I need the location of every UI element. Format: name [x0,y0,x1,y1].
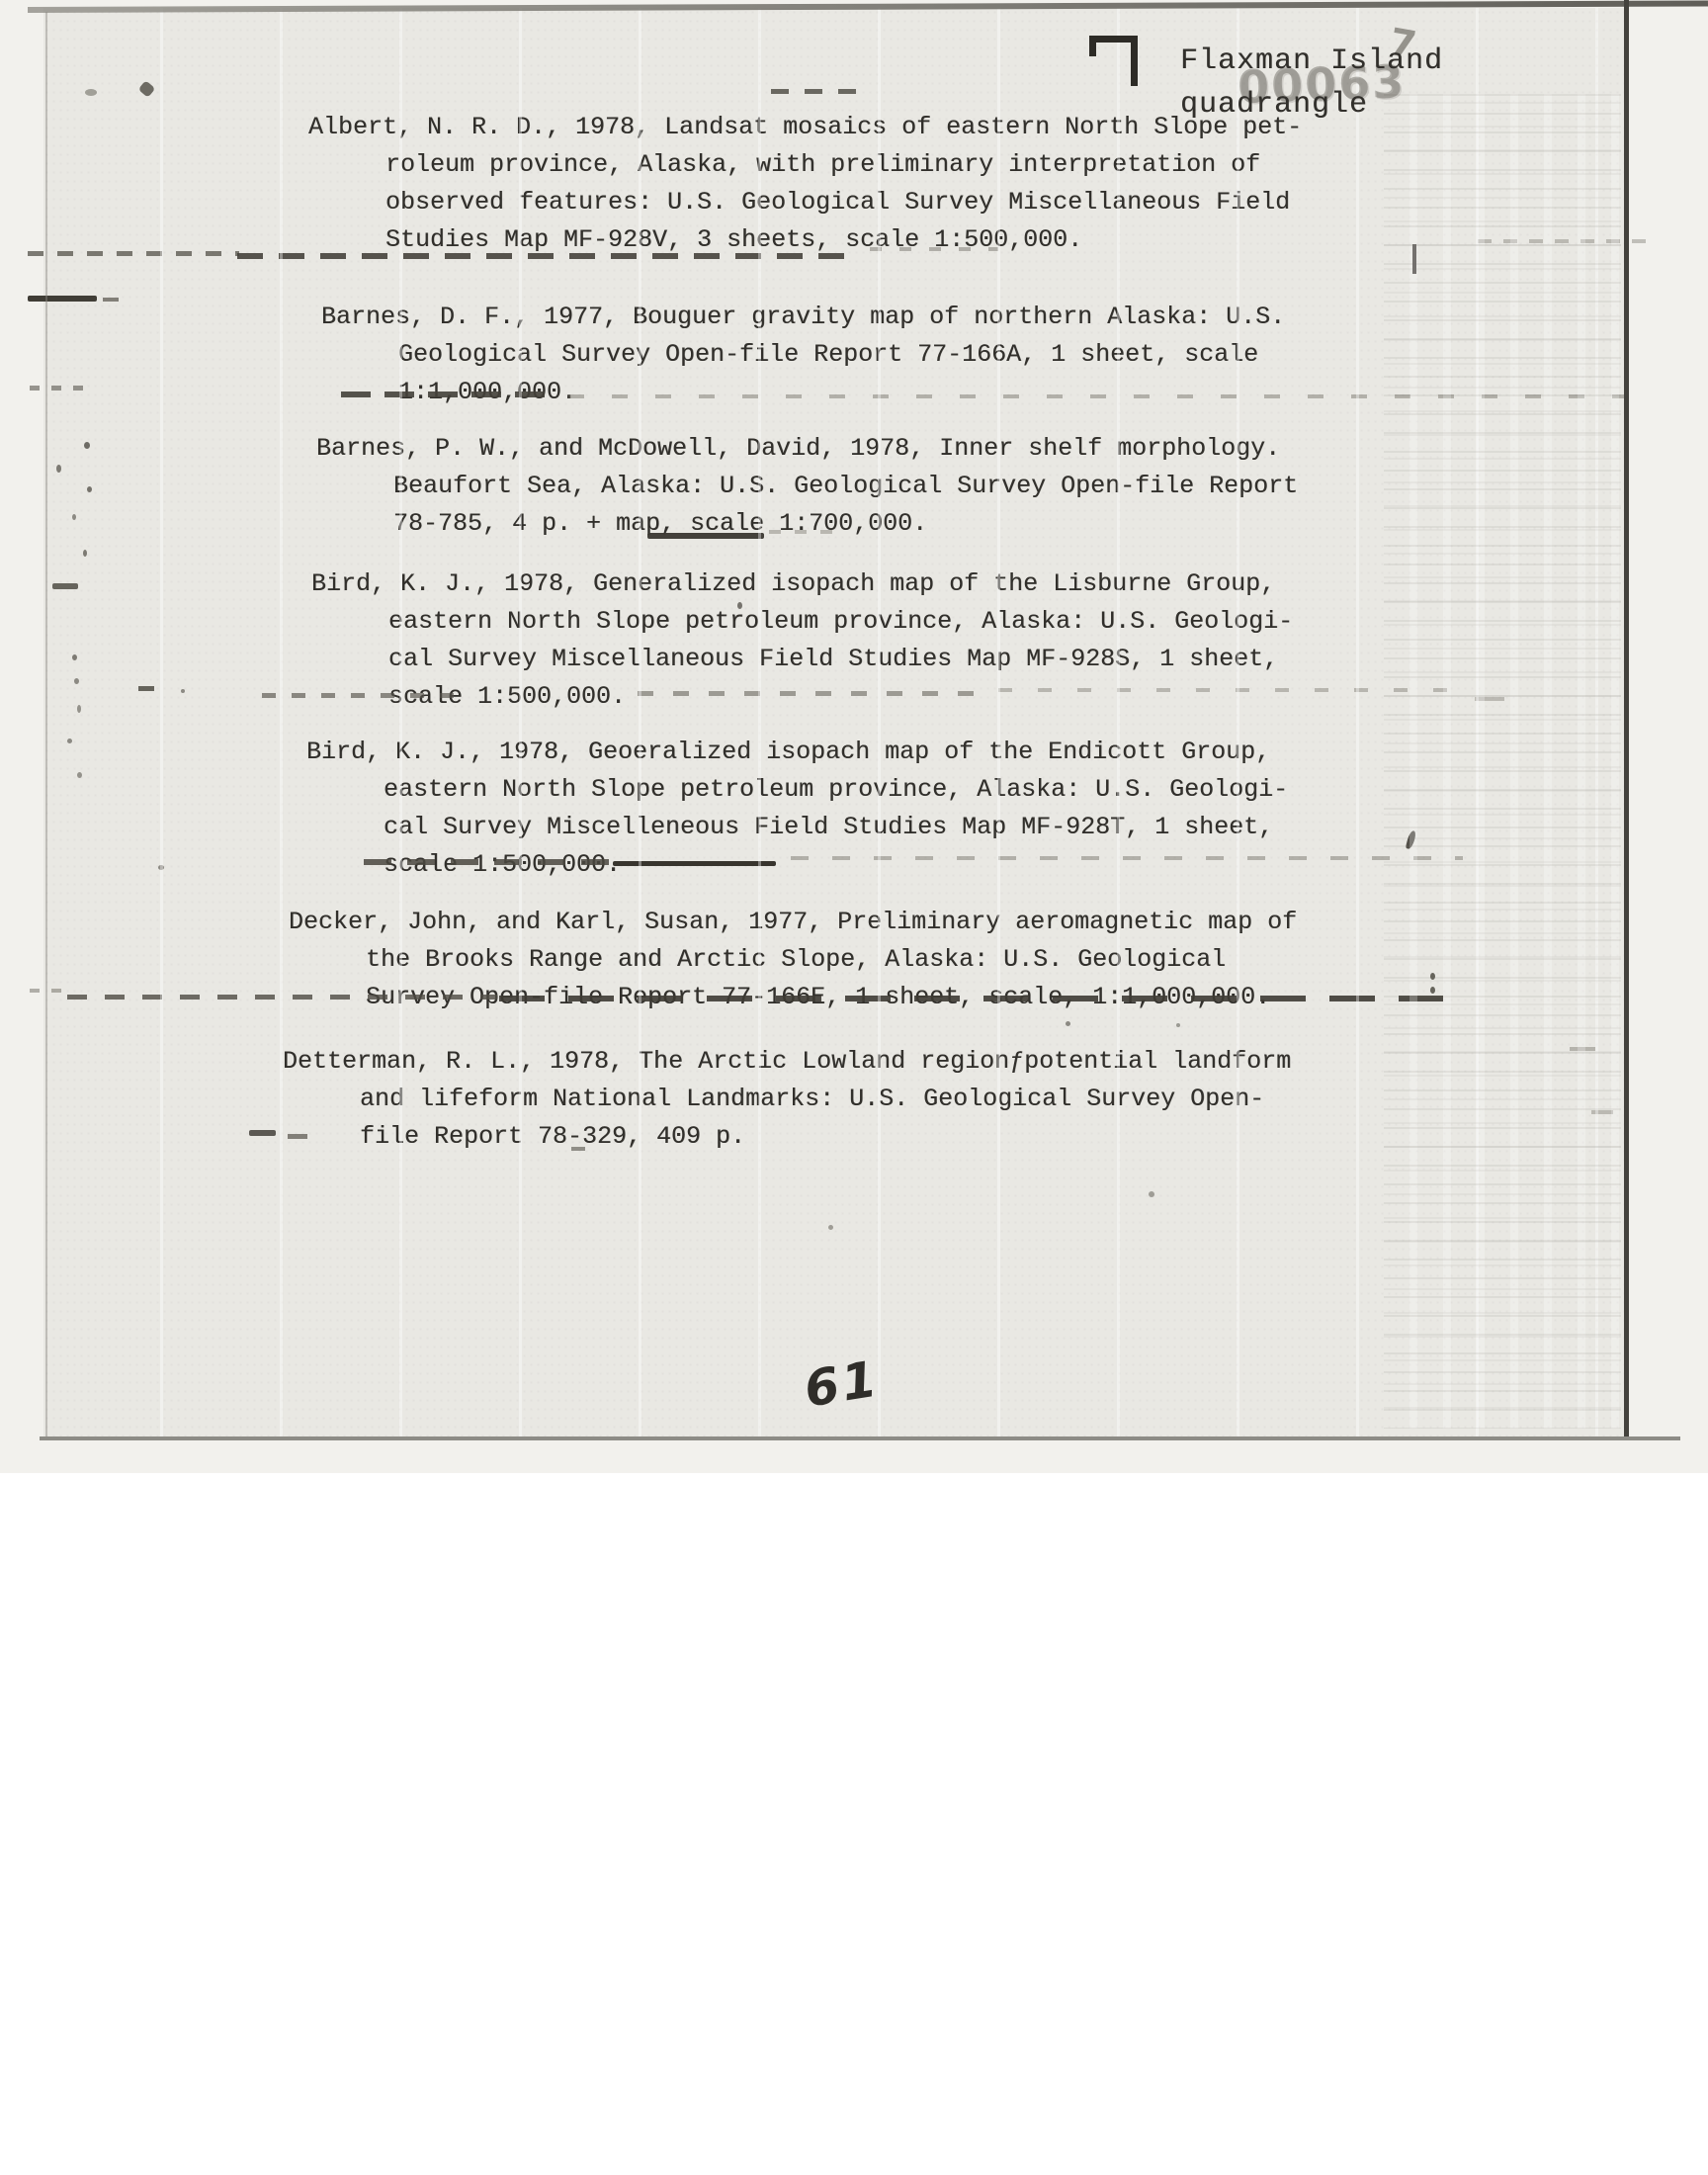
scan-artifact [737,602,742,609]
scan-artifact [1176,1023,1180,1027]
scan-background: 00063 7 Flaxman Island quadrangle Albert… [0,0,1708,1473]
scan-artifact [341,391,556,397]
scan-artifact [998,688,1473,692]
scan-artifact [85,89,97,96]
scan-artifact [28,296,97,302]
scan-artifact [138,80,156,98]
scan-artifact [568,394,1656,398]
scan-artifact [83,550,87,557]
scan-artifact [1149,1191,1154,1197]
scan-artifact [72,514,76,520]
scan-artifact [1430,987,1435,994]
scan-artifact [77,705,81,713]
scan-artifact [364,859,616,865]
scan-artifact [67,739,72,743]
scan-artifact [249,1130,276,1136]
paper-bottom-edge [40,1436,1680,1440]
bibliography-entry: Barnes, P. W., and McDowell, David, 1978… [316,430,1540,543]
scan-artifact [571,1147,585,1151]
scan-artifact [1591,1110,1613,1114]
scan-artifact [870,247,998,251]
scan-artifact [1478,239,1656,243]
scan-artifact [103,298,119,302]
scan-artifact [647,533,764,539]
paper-right-edge [1624,0,1629,1440]
page-title: Flaxman Island quadrangle [1180,40,1625,127]
scan-artifact [499,996,1443,1001]
scan-artifact [771,89,864,94]
bibliography-entry: Detterman, R. L., 1978, The Arctic Lowla… [283,1043,1506,1156]
scan-artifact [1570,1047,1595,1051]
paper-left-edge [45,12,47,1436]
handwritten-page-number: 61 [801,1349,884,1418]
scan-artifact [262,693,465,698]
scan-artifact [237,253,855,259]
scan-artifact [1430,973,1435,980]
corner-crop-mark [1089,36,1138,86]
scan-artifact [828,1225,833,1230]
scan-artifact [1066,1021,1070,1026]
scan-artifact [613,861,776,866]
scan-artifact [1412,244,1416,274]
scan-artifact [1475,697,1504,701]
scan-artifact [67,995,497,1000]
scan-artifact [30,989,65,993]
bibliography-entry: Albert, N. R. D., 1978, Landsat mosaics … [308,109,1532,259]
scan-artifact [769,530,838,534]
paper: 00063 7 Flaxman Island quadrangle Albert… [43,8,1625,1439]
screenshot-root: 00063 7 Flaxman Island quadrangle Albert… [0,0,1708,2175]
scan-artifact [52,583,78,589]
scan-artifact [74,678,79,684]
scan-artifact [56,465,61,473]
scan-artifact [87,486,92,492]
scan-artifact [72,654,77,660]
scan-artifact [28,251,239,256]
scan-artifact [77,772,82,778]
scan-artifact [638,691,974,696]
scan-artifact [84,442,90,449]
scan-artifact [181,689,185,693]
scan-artifact [791,856,1463,860]
scan-artifact [30,386,91,391]
scan-artifact [288,1134,307,1139]
scan-artifact [138,686,154,691]
scan-artifact [158,865,164,870]
